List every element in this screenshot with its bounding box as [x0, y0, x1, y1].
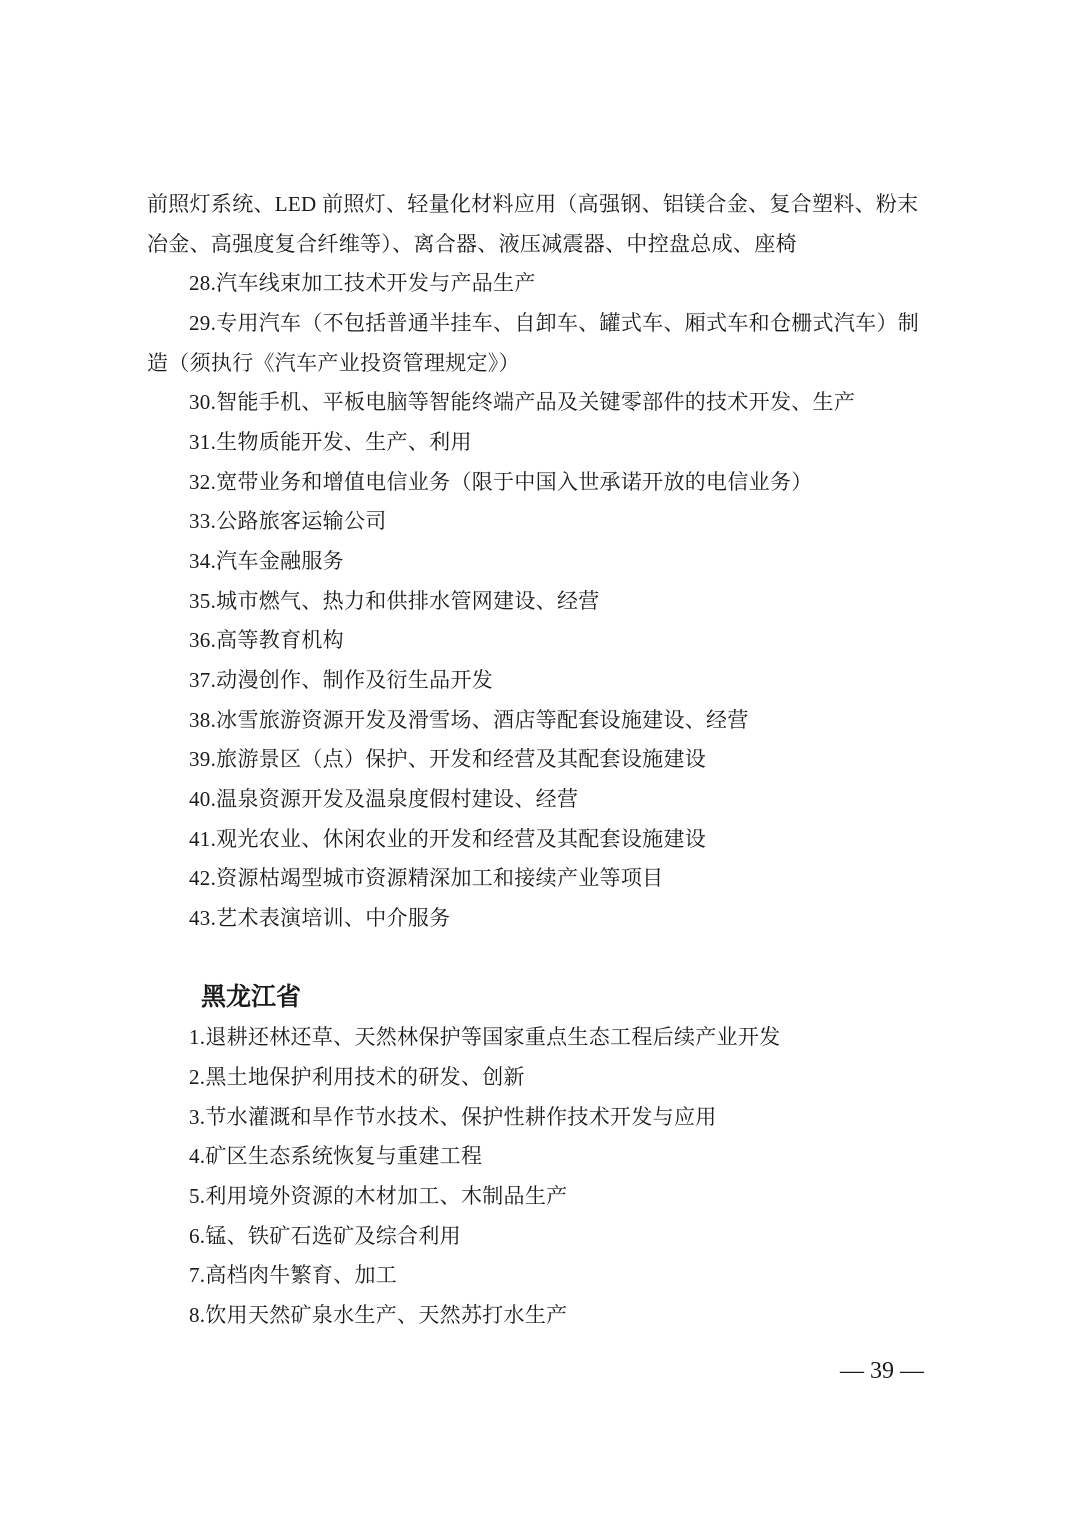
section-heading: 黑龙江省	[201, 982, 301, 1012]
page-number: — 39 —	[840, 1357, 924, 1385]
list-item: 34.汽车金融服务	[189, 548, 344, 574]
list-item: 40.温泉资源开发及温泉度假村建设、经营	[189, 786, 578, 812]
list-item: 42.资源枯竭型城市资源精深加工和接续产业等项目	[189, 865, 663, 891]
list-item: 32.宽带业务和增值电信业务（限于中国入世承诺开放的电信业务）	[189, 469, 813, 495]
list-item: 31.生物质能开发、生产、利用	[189, 429, 472, 455]
list-item: 33.公路旅客运输公司	[189, 508, 387, 534]
list-item: 39.旅游景区（点）保护、开发和经营及其配套设施建设	[189, 746, 706, 772]
list-item-continuation: 造（须执行《汽车产业投资管理规定》）	[147, 350, 520, 376]
list-item: 43.艺术表演培训、中介服务	[189, 905, 450, 931]
list-item: 37.动漫创作、制作及衍生品开发	[189, 667, 493, 693]
list-item: 35.城市燃气、热力和供排水管网建设、经营	[189, 588, 600, 614]
list-item: 29.专用汽车（不包括普通半挂车、自卸车、罐式车、厢式车和仓栅式汽车）制	[189, 310, 919, 336]
list-item: 1.退耕还林还草、天然林保护等国家重点生态工程后续产业开发	[189, 1024, 780, 1050]
list-item: 36.高等教育机构	[189, 627, 344, 653]
list-item: 30.智能手机、平板电脑等智能终端产品及关键零部件的技术开发、生产	[189, 389, 855, 415]
list-item: 8.饮用天然矿泉水生产、天然苏打水生产	[189, 1302, 567, 1328]
list-item: 6.锰、铁矿石选矿及综合利用	[189, 1223, 461, 1249]
document-page: 前照灯系统、LED 前照灯、轻量化材料应用（高强钢、铝镁合金、复合塑料、粉末 冶…	[0, 0, 1074, 1520]
list-item: 2.黑土地保护利用技术的研发、创新	[189, 1064, 525, 1090]
list-item: 41.观光农业、休闲农业的开发和经营及其配套设施建设	[189, 826, 706, 852]
list-item: 3.节水灌溉和旱作节水技术、保护性耕作技术开发与应用	[189, 1104, 717, 1130]
list-item: 28.汽车线束加工技术开发与产品生产	[189, 270, 536, 296]
list-item: 38.冰雪旅游资源开发及滑雪场、酒店等配套设施建设、经营	[189, 707, 749, 733]
list-item: 4.矿区生态系统恢复与重建工程	[189, 1143, 482, 1169]
list-item: 7.高档肉牛繁育、加工	[189, 1262, 397, 1288]
continuation-line: 冶金、高强度复合纤维等）、离合器、液压减震器、中控盘总成、座椅	[147, 231, 797, 257]
list-item: 5.利用境外资源的木材加工、木制品生产	[189, 1183, 567, 1209]
continuation-line: 前照灯系统、LED 前照灯、轻量化材料应用（高强钢、铝镁合金、复合塑料、粉末	[147, 191, 918, 217]
